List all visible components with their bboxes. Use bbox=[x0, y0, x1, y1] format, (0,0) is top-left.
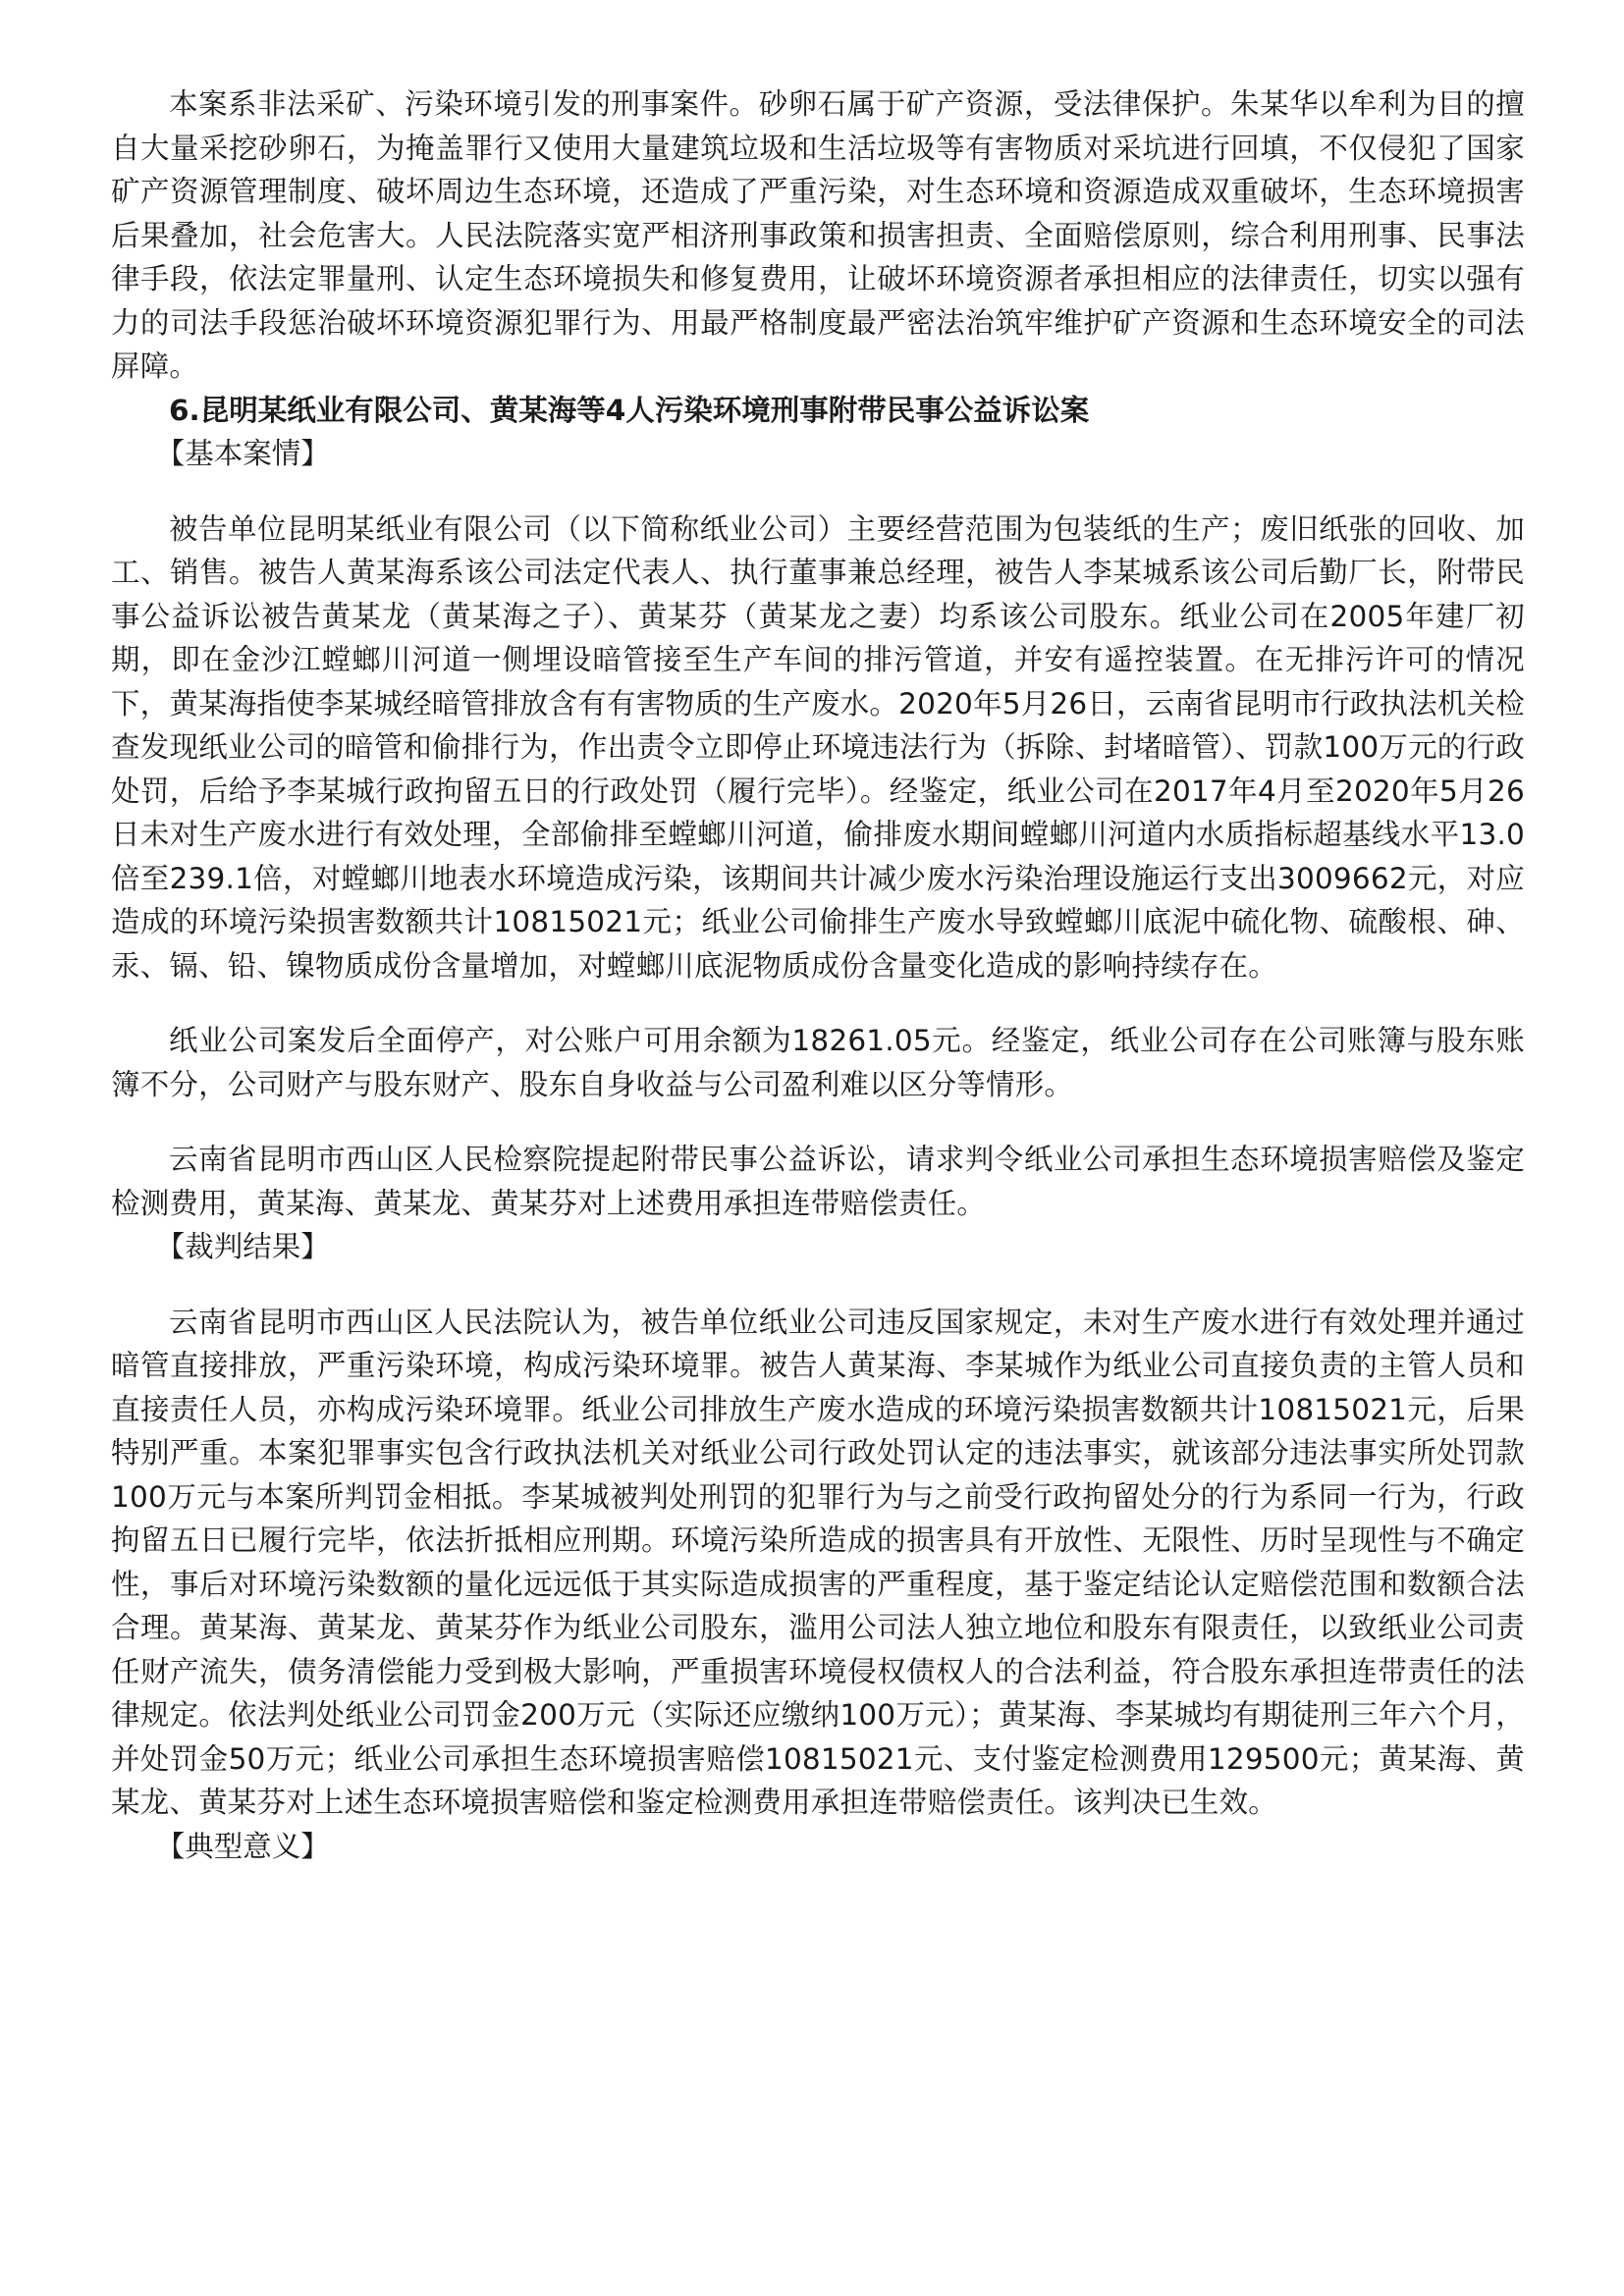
section-label-basic-facts: 【基本案情】 bbox=[111, 432, 1525, 476]
document-page: 本案系非法采矿、污染环境引发的刑事案件。砂卵石属于矿产资源，受法律保护。朱某华以… bbox=[111, 82, 1525, 1868]
basic-facts-paragraph-1: 被告单位昆明某纸业有限公司（以下简称纸业公司）主要经营范围为包装纸的生产；废旧纸… bbox=[111, 507, 1525, 988]
section-label-significance: 【典型意义】 bbox=[111, 1825, 1525, 1869]
intro-paragraph: 本案系非法采矿、污染环境引发的刑事案件。砂卵石属于矿产资源，受法律保护。朱某华以… bbox=[111, 82, 1525, 389]
basic-facts-paragraph-2: 纸业公司案发后全面停产，对公账户可用余额为18261.05元。经鉴定，纸业公司存… bbox=[111, 1019, 1525, 1106]
case-title: 6.昆明某纸业有限公司、黄某海等4人污染环境刑事附带民事公益诉讼案 bbox=[111, 389, 1525, 433]
basic-facts-paragraph-3: 云南省昆明市西山区人民检察院提起附带民事公益诉讼，请求判令纸业公司承担生态环境损… bbox=[111, 1138, 1525, 1225]
section-label-judgment: 【裁判结果】 bbox=[111, 1225, 1525, 1269]
judgment-paragraph-1: 云南省昆明市西山区人民法院认为，被告单位纸业公司违反国家规定，未对生产废水进行有… bbox=[111, 1301, 1525, 1825]
